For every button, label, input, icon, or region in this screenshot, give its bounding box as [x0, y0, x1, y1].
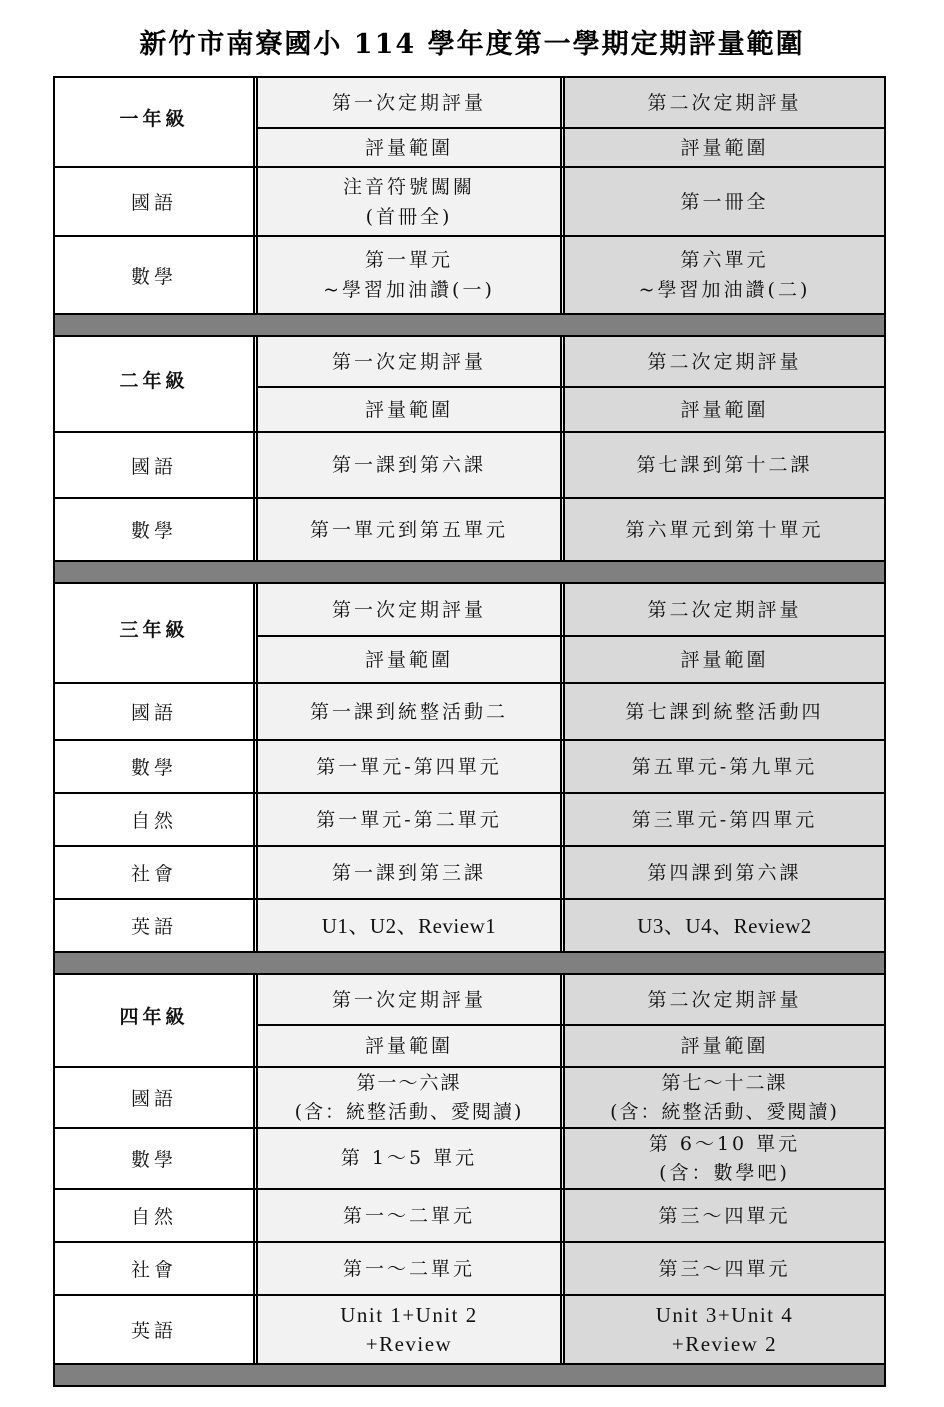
- exam-scope-table: 一年級 第一次定期評量 第二次定期評量 評量範圍 評量範圍 國語 注音符號闖關 …: [53, 76, 886, 1387]
- scope-label: 評量範圍: [565, 1026, 884, 1066]
- exam1-scope: 第一單元 ~學習加油讚(一): [258, 237, 565, 313]
- grade-2-section: 二年級 第一次定期評量 第二次定期評量 評量範圍 評量範圍 國語 第一課到第六課…: [55, 337, 884, 584]
- exam2-scope: 第五單元-第九單元: [565, 741, 884, 792]
- exam2-scope: Unit 3+Unit 4 +Review 2: [565, 1296, 884, 1363]
- exam1-header: 第一次定期評量: [258, 975, 565, 1024]
- subject-name: 英語: [55, 900, 258, 951]
- subject-row: 英語 U1、U2、Review1 U3、U4、Review2: [55, 900, 884, 953]
- subject-name: 國語: [55, 684, 258, 739]
- subject-row: 數學 第一單元-第四單元 第五單元-第九單元: [55, 741, 884, 794]
- subject-name: 國語: [55, 433, 258, 497]
- grade-1-section: 一年級 第一次定期評量 第二次定期評量 評量範圍 評量範圍 國語 注音符號闖關 …: [55, 78, 884, 337]
- exam1-scope: Unit 1+Unit 2 +Review: [258, 1296, 565, 1363]
- exam2-scope: 第七課到第十二課: [565, 433, 884, 497]
- subject-row: 社會 第一課到第三課 第四課到第六課: [55, 847, 884, 900]
- subject-row: 數學 第 1～5 單元 第 6～10 單元 (含：數學吧): [55, 1129, 884, 1190]
- subject-name: 數學: [55, 1129, 258, 1188]
- exam1-scope: 第一單元-第二單元: [258, 794, 565, 845]
- subject-name: 社會: [55, 1243, 258, 1294]
- exam2-scope: U3、U4、Review2: [565, 900, 884, 951]
- exam2-scope: 第三～四單元: [565, 1190, 884, 1241]
- exam1-scope: 第一課到第六課: [258, 433, 565, 497]
- subject-name: 數學: [55, 237, 258, 313]
- subject-row: 社會 第一～二單元 第三～四單元: [55, 1243, 884, 1296]
- exam1-scope: 第一單元到第五單元: [258, 499, 565, 560]
- scope-label: 評量範圍: [258, 637, 565, 682]
- subject-row: 自然 第一～二單元 第三～四單元: [55, 1190, 884, 1243]
- exam2-scope: 第六單元到第十單元: [565, 499, 884, 560]
- grade-name: 二年級: [55, 337, 258, 431]
- subject-name: 自然: [55, 1190, 258, 1241]
- exam2-scope: 第一冊全: [565, 168, 884, 235]
- scope-label: 評量範圍: [258, 129, 565, 166]
- exam1-scope: 第一課到第三課: [258, 847, 565, 898]
- exam1-scope: 第一單元-第四單元: [258, 741, 565, 792]
- exam2-header: 第二次定期評量: [565, 337, 884, 386]
- grade-name: 一年級: [55, 78, 258, 166]
- exam2-header: 第二次定期評量: [565, 78, 884, 127]
- scope-label: 評量範圍: [565, 637, 884, 682]
- subject-row: 英語 Unit 1+Unit 2 +Review Unit 3+Unit 4 +…: [55, 1296, 884, 1365]
- subject-row: 國語 第一～六課 (含：統整活動、愛閱讀) 第七～十二課 (含：統整活動、愛閱讀…: [55, 1068, 884, 1129]
- scope-label: 評量範圍: [258, 1026, 565, 1066]
- exam1-scope: 注音符號闖關 (首冊全): [258, 168, 565, 235]
- subject-name: 數學: [55, 741, 258, 792]
- exam1-header: 第一次定期評量: [258, 584, 565, 635]
- grade-separator: [55, 315, 884, 337]
- exam2-scope: 第三單元-第四單元: [565, 794, 884, 845]
- subject-name: 社會: [55, 847, 258, 898]
- grade-separator: [55, 562, 884, 584]
- exam1-header: 第一次定期評量: [258, 78, 565, 127]
- exam1-scope: 第一課到統整活動二: [258, 684, 565, 739]
- grade-separator: [55, 953, 884, 975]
- grade-header-row: 二年級 第一次定期評量 第二次定期評量 評量範圍 評量範圍: [55, 337, 884, 433]
- subject-row: 數學 第一單元 ~學習加油讚(一) 第六單元 ~學習加油讚(二): [55, 237, 884, 315]
- subject-name: 英語: [55, 1296, 258, 1363]
- grade-name: 三年級: [55, 584, 258, 682]
- scope-label: 評量範圍: [258, 388, 565, 431]
- subject-row: 數學 第一單元到第五單元 第六單元到第十單元: [55, 499, 884, 562]
- subject-row: 國語 第一課到第六課 第七課到第十二課: [55, 433, 884, 499]
- exam2-scope: 第六單元 ~學習加油讚(二): [565, 237, 884, 313]
- grade-4-section: 四年級 第一次定期評量 第二次定期評量 評量範圍 評量範圍 國語 第一～六課 (…: [55, 975, 884, 1385]
- exam1-scope: 第 1～5 單元: [258, 1129, 565, 1188]
- subject-name: 國語: [55, 1068, 258, 1127]
- exam2-scope: 第三～四單元: [565, 1243, 884, 1294]
- exam1-scope: U1、U2、Review1: [258, 900, 565, 951]
- grade-3-section: 三年級 第一次定期評量 第二次定期評量 評量範圍 評量範圍 國語 第一課到統整活…: [55, 584, 884, 975]
- subject-name: 自然: [55, 794, 258, 845]
- document-title: 新竹市南寮國小 114 學年度第一學期定期評量範圍: [0, 22, 944, 61]
- grade-header-row: 四年級 第一次定期評量 第二次定期評量 評量範圍 評量範圍: [55, 975, 884, 1068]
- grade-name: 四年級: [55, 975, 258, 1066]
- grade-header-row: 一年級 第一次定期評量 第二次定期評量 評量範圍 評量範圍: [55, 78, 884, 168]
- exam2-scope: 第 6～10 單元 (含：數學吧): [565, 1129, 884, 1188]
- grade-header-row: 三年級 第一次定期評量 第二次定期評量 評量範圍 評量範圍: [55, 584, 884, 684]
- exam2-header: 第二次定期評量: [565, 584, 884, 635]
- scope-label: 評量範圍: [565, 129, 884, 166]
- subject-row: 自然 第一單元-第二單元 第三單元-第四單元: [55, 794, 884, 847]
- exam1-scope: 第一～二單元: [258, 1243, 565, 1294]
- scope-label: 評量範圍: [565, 388, 884, 431]
- exam2-scope: 第七～十二課 (含：統整活動、愛閱讀): [565, 1068, 884, 1127]
- exam1-scope: 第一～二單元: [258, 1190, 565, 1241]
- subject-row: 國語 注音符號闖關 (首冊全) 第一冊全: [55, 168, 884, 237]
- exam2-scope: 第四課到第六課: [565, 847, 884, 898]
- subject-name: 數學: [55, 499, 258, 560]
- exam2-scope: 第七課到統整活動四: [565, 684, 884, 739]
- exam1-header: 第一次定期評量: [258, 337, 565, 386]
- subject-name: 國語: [55, 168, 258, 235]
- subject-row: 國語 第一課到統整活動二 第七課到統整活動四: [55, 684, 884, 741]
- exam1-scope: 第一～六課 (含：統整活動、愛閱讀): [258, 1068, 565, 1127]
- grade-separator: [55, 1365, 884, 1385]
- exam2-header: 第二次定期評量: [565, 975, 884, 1024]
